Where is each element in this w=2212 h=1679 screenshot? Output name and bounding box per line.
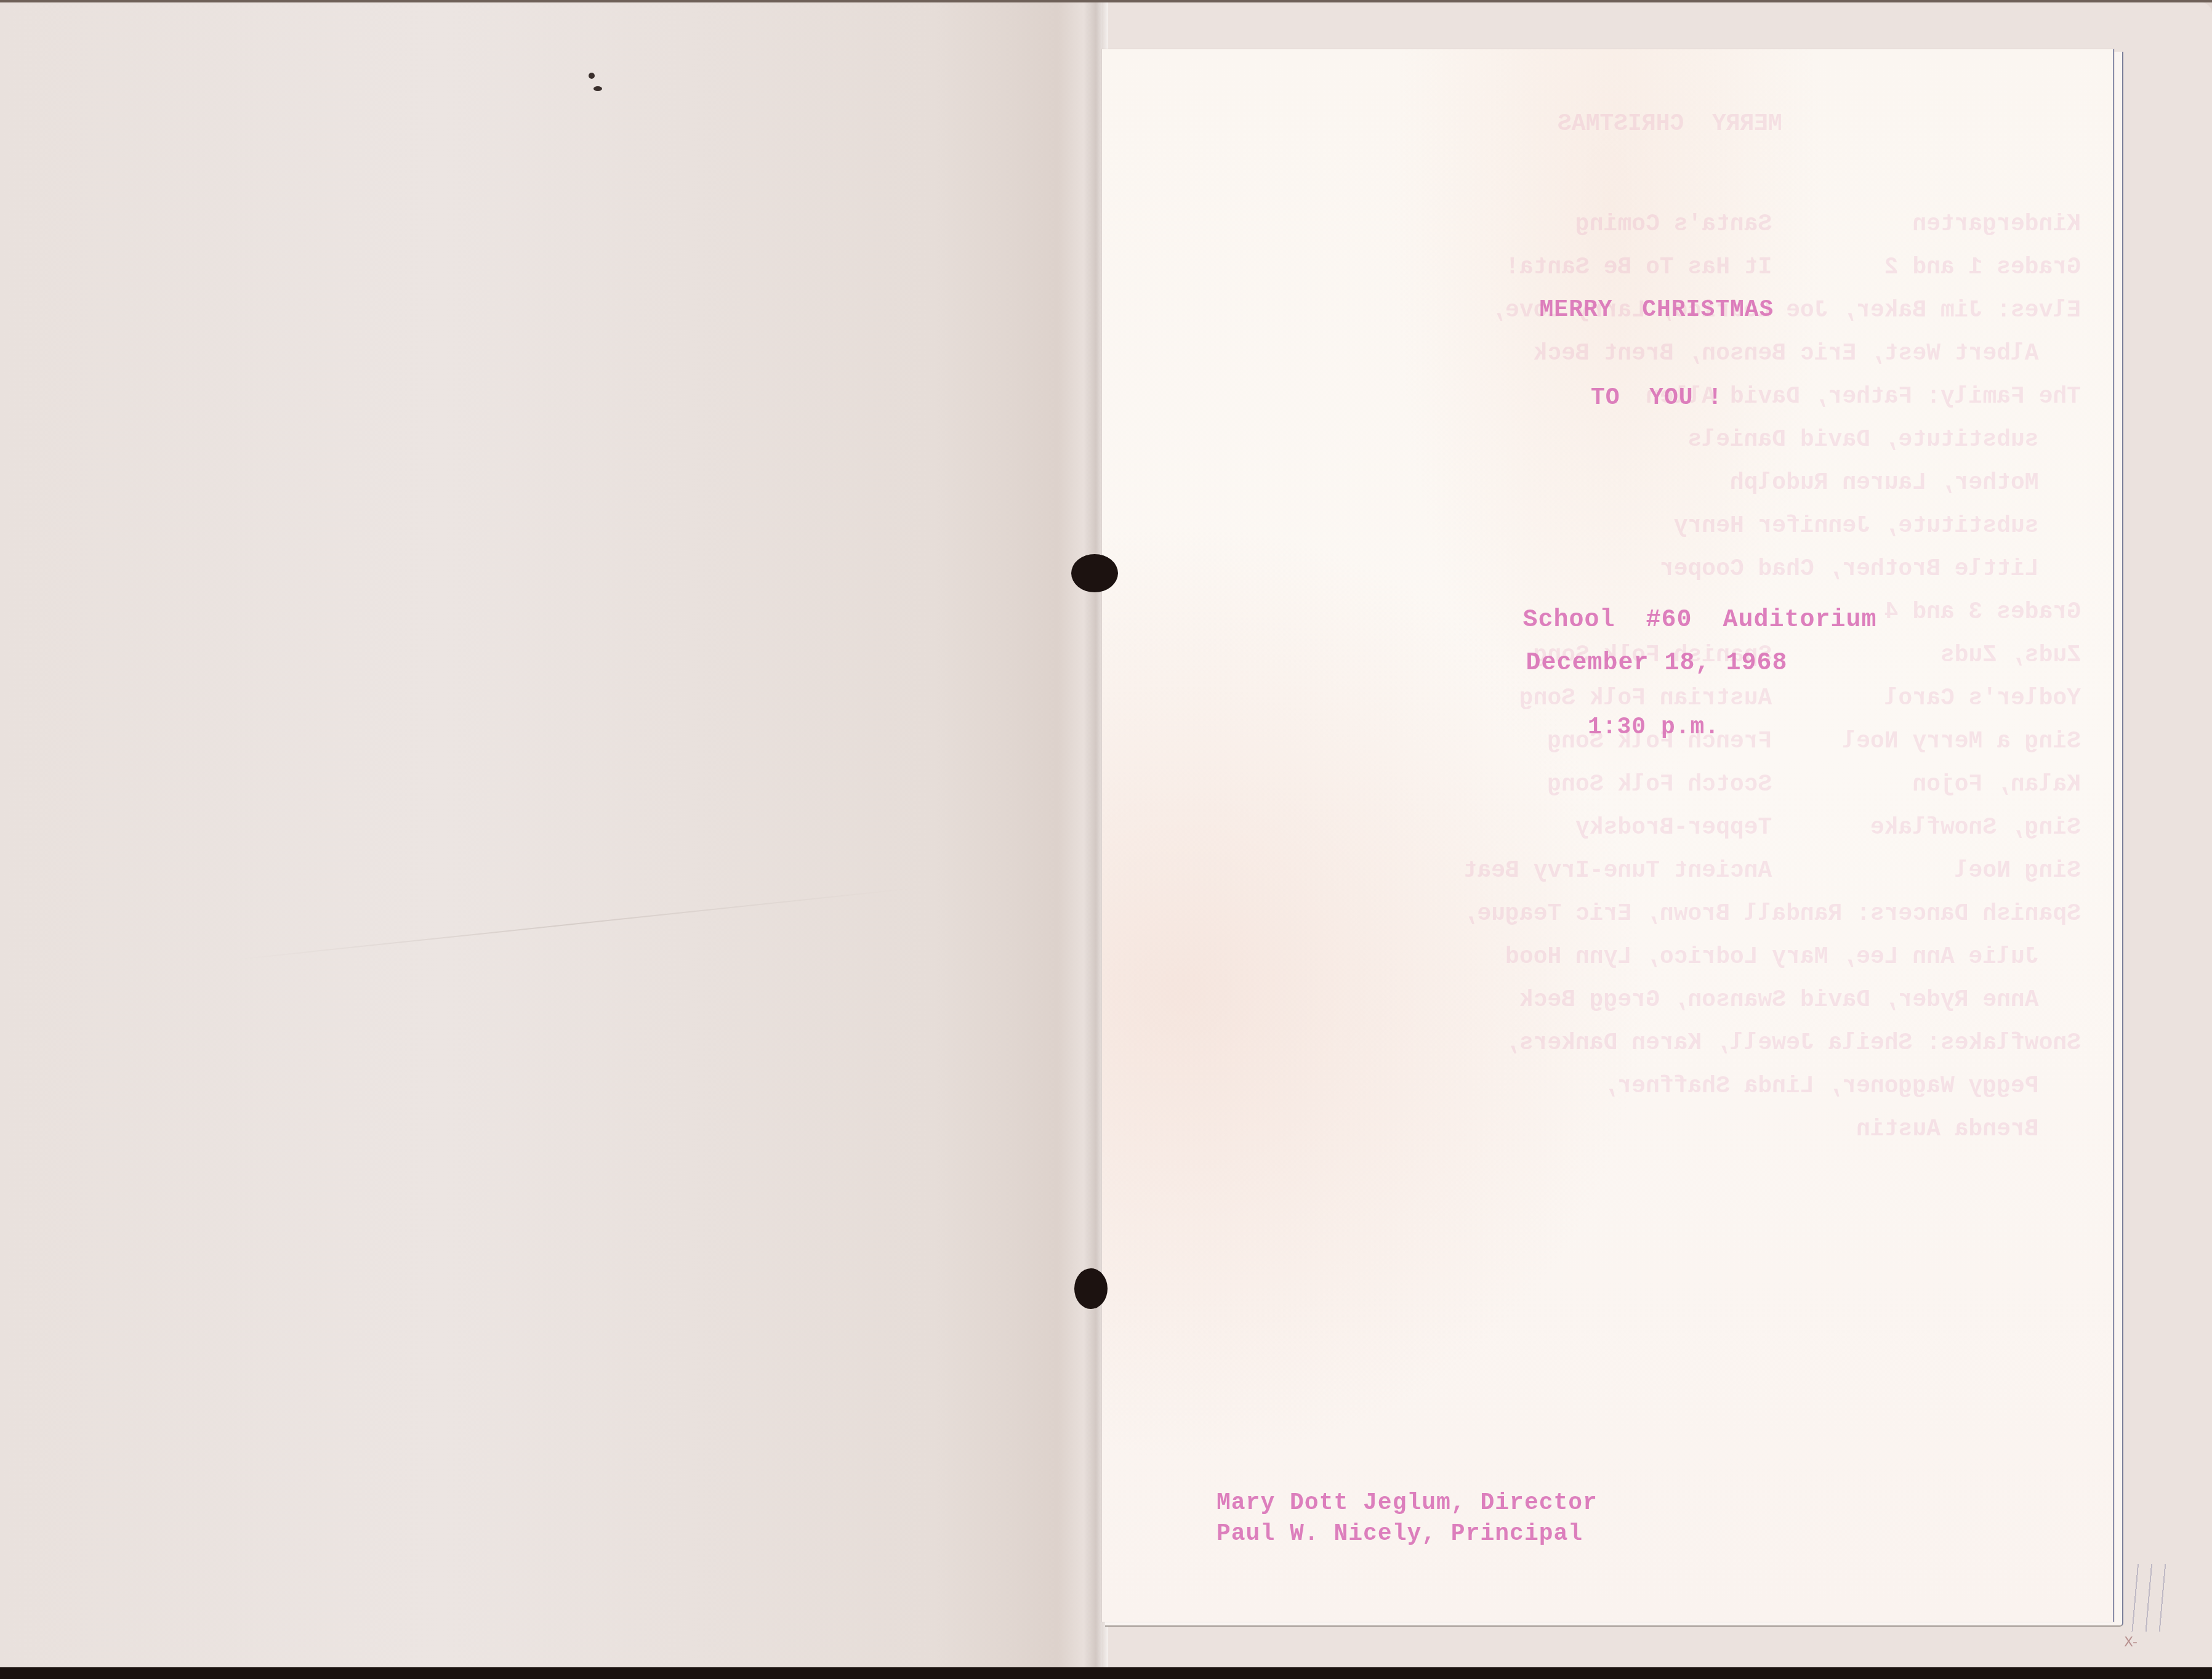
punch-hole-top (1071, 554, 1118, 592)
credit-principal: Paul W. Nicely, Principal (1217, 1521, 1583, 1547)
showthrough-line: Julie Ann Lee, Mary Lodrico, Lynn Hood (1170, 936, 2081, 979)
showthrough-line: Albert West, Eric Benson, Brent Beck (1170, 332, 2081, 376)
showthrough-line: Anne Ryder, David Swanson, Gregg Beck (1170, 979, 2081, 1022)
paper-speck (593, 86, 602, 91)
date-line: December 18, 1968 (1151, 650, 2162, 677)
showthrough-line: Sing, Snowflake Tepper-Brodsky (1170, 807, 2081, 850)
credit-director: Mary Dott Jeglum, Director (1217, 1490, 1598, 1516)
showthrough-line: Snowflakes: Sheila Jewell, Karen Dankers… (1170, 1022, 2081, 1065)
showthrough-line: substitute, Jennifer Henry (1170, 505, 2081, 548)
pencil-note: X- (2124, 1635, 2138, 1650)
scanner-bottom-edge (0, 1667, 2212, 1679)
venue-line: School #60 Auditorium (1194, 606, 2205, 634)
showthrough-body: Kindergarten Santa's ComingGrades 1 and … (1170, 203, 2081, 1151)
folder-left-cover (0, 2, 1102, 1667)
showthrough-line: Kindergarten Santa's Coming (1170, 203, 2081, 246)
showthrough-line: Brenda Austin (1170, 1108, 2081, 1151)
time-line: 1:30 p.m. (1148, 714, 2159, 741)
showthrough-line: Little Brother, Chad Cooper (1170, 548, 2081, 591)
paper-speck (589, 73, 595, 79)
showthrough-line: Grades 1 and 2 It Has To Be Santa! (1170, 246, 2081, 289)
pencil-scribble (2130, 1564, 2167, 1632)
heading-to-you: TO YOU ! (1151, 385, 2162, 411)
showthrough-line: Peggy Waggoner, Linda Shaffner, (1170, 1065, 2081, 1108)
showthrough-header: MERRY CHRISTMAS (1558, 110, 1782, 139)
showthrough-line: Mother, Lauren Rudolph (1170, 462, 2081, 505)
showthrough-line: Sing Noel Ancient Tune-Irvy Beat (1170, 850, 2081, 893)
showthrough-line: Spanish Dancers: Randall Brown, Eric Tea… (1170, 893, 2081, 936)
punch-hole-bottom (1074, 1268, 1108, 1309)
heading-merry-christmas: MERRY CHRISTMAS (1151, 297, 2162, 323)
showthrough-line: substitute, David Daniels (1170, 419, 2081, 462)
showthrough-line: Kalan, Fojon Scotch Folk Song (1170, 763, 2081, 807)
